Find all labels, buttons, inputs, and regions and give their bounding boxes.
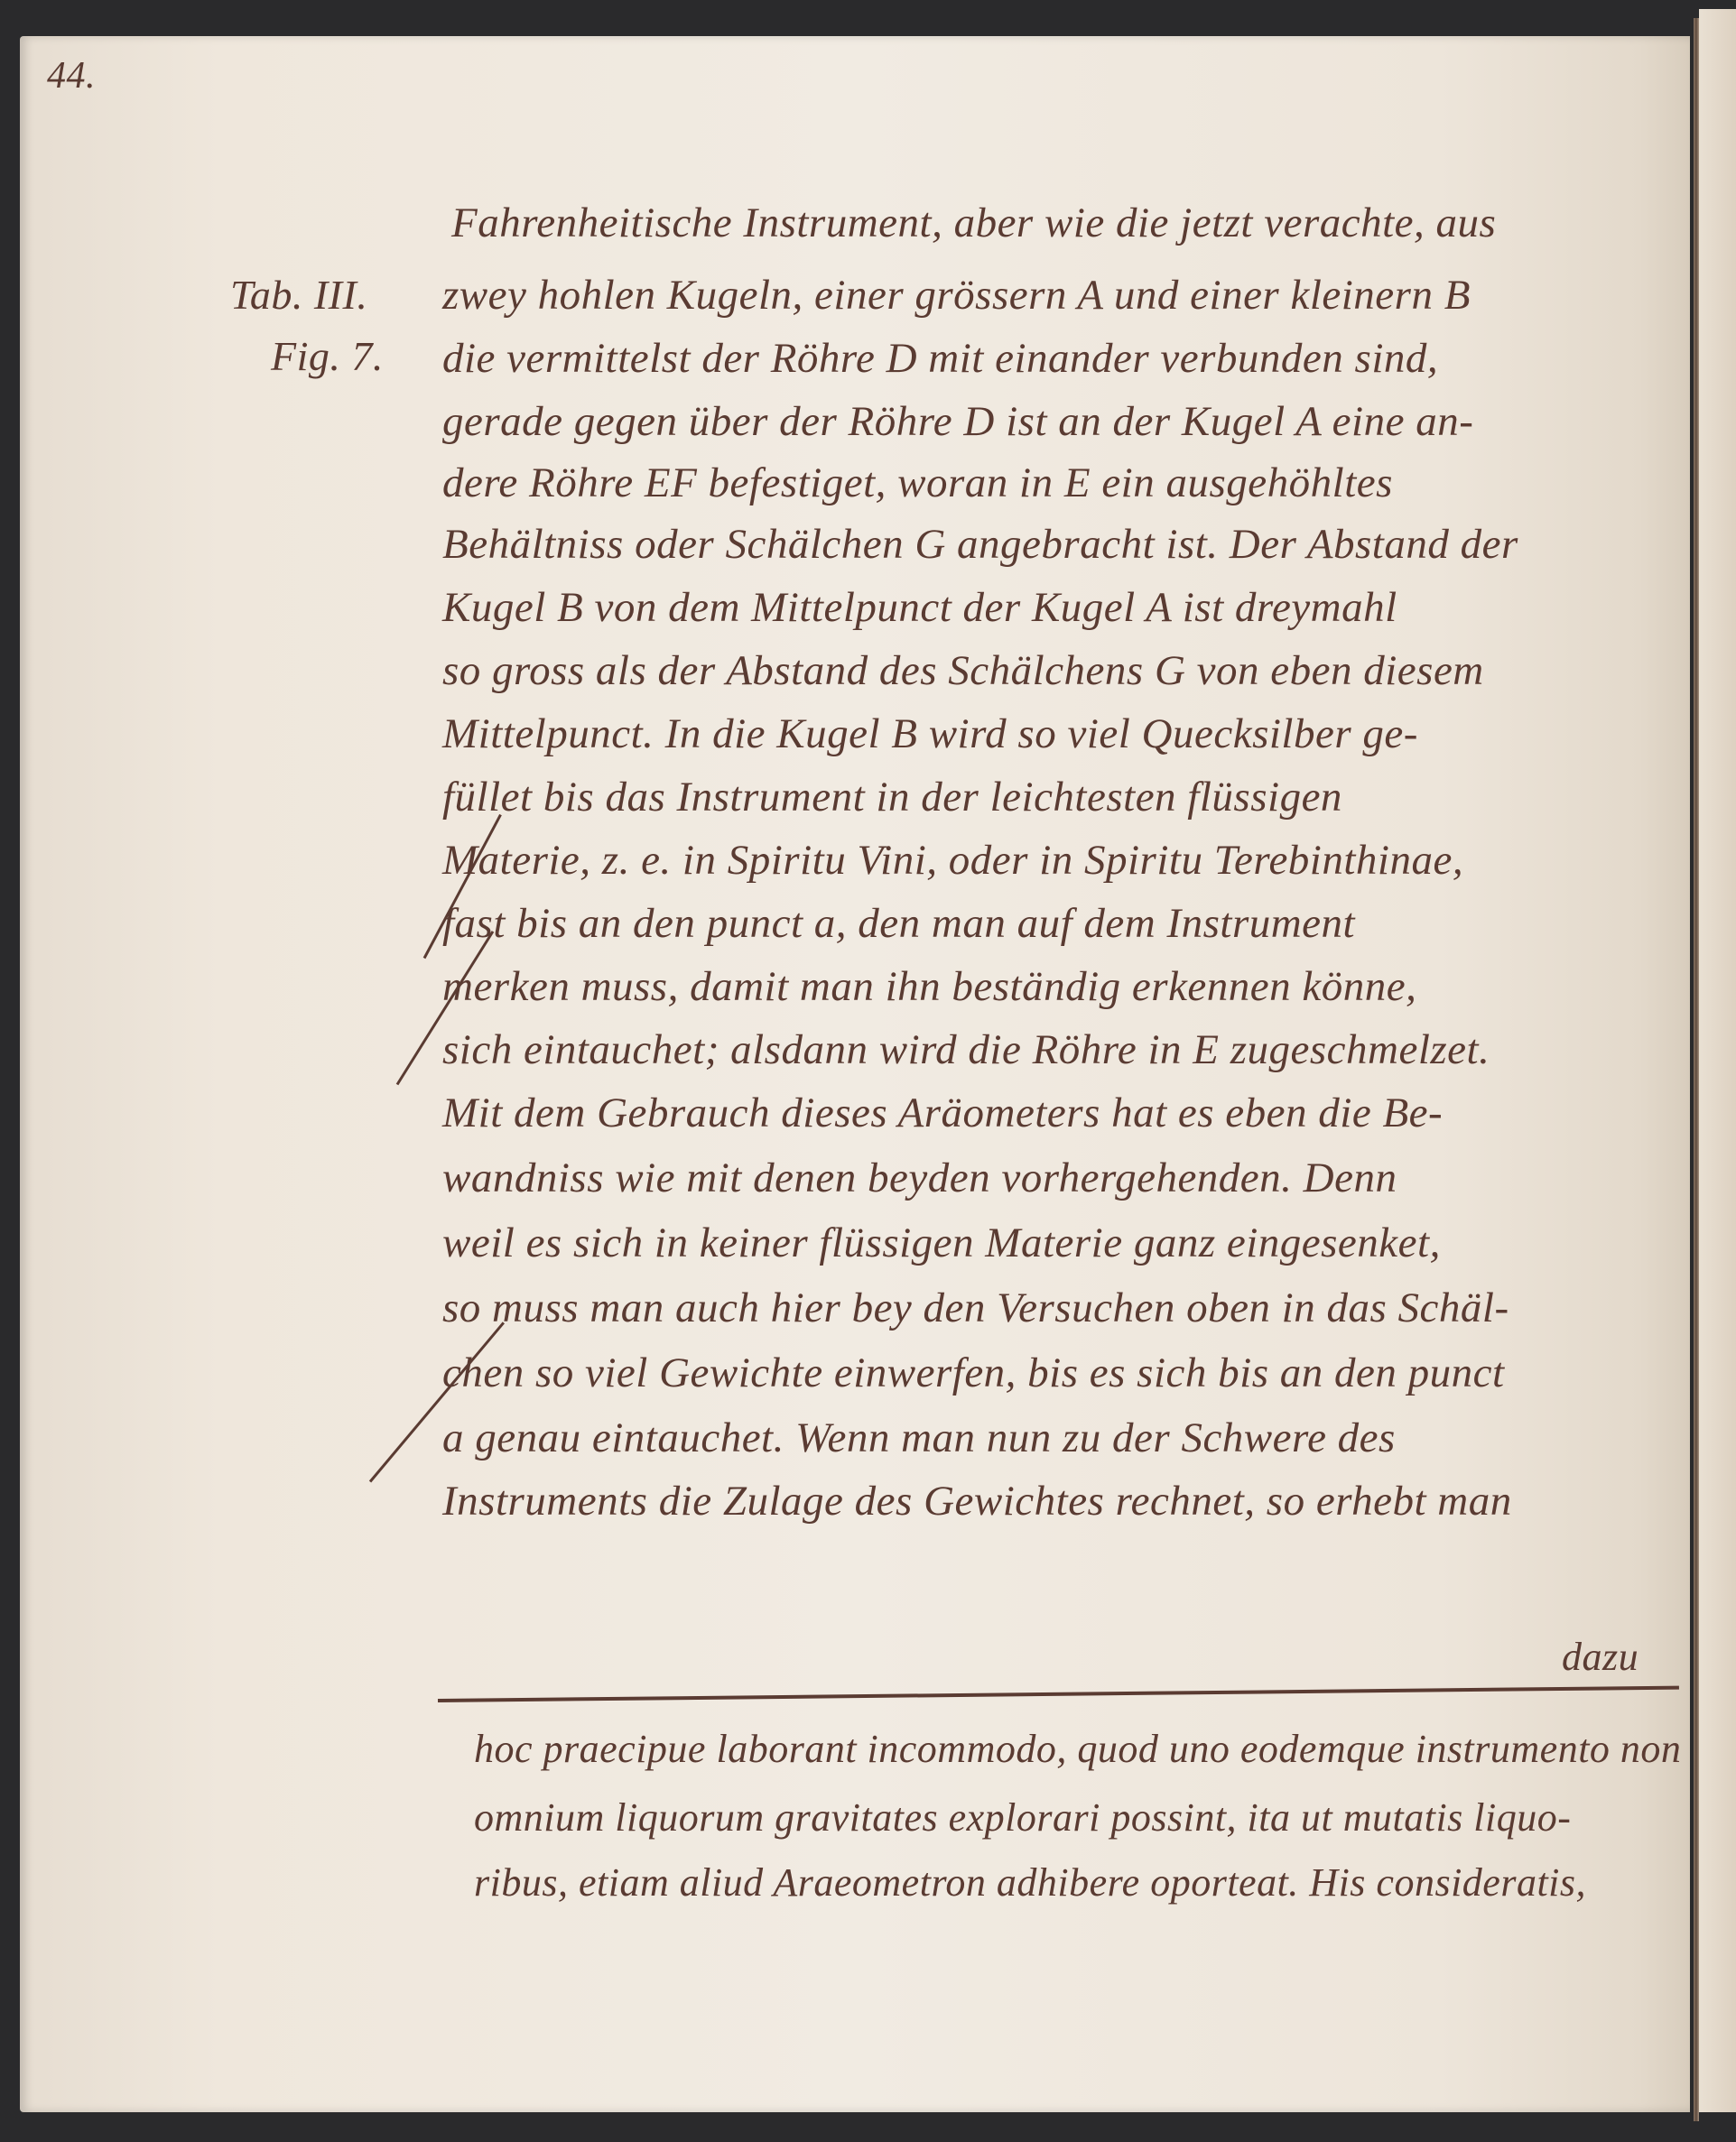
text-line: zwey hohlen Kugeln, einer grössern A und… (442, 271, 1471, 320)
text-line: Mittelpunct. In die Kugel B wird so viel… (442, 709, 1418, 758)
text-line: merken muss, damit man ihn beständig erk… (442, 962, 1416, 1011)
text-line: gerade gegen über der Röhre D ist an der… (442, 397, 1473, 446)
text-line: wandniss wie mit denen beyden vorhergehe… (442, 1154, 1397, 1202)
text-line: die vermittelst der Röhre D mit einander… (442, 334, 1438, 383)
catchword: dazu (1562, 1634, 1639, 1680)
text-line: Behältniss oder Schälchen G angebracht i… (442, 520, 1518, 569)
text-line: Mit dem Gebrauch dieses Aräometers hat e… (442, 1089, 1443, 1137)
text-line: so muss man auch hier bey den Versuchen … (442, 1284, 1509, 1332)
margin-note-figure: Fig. 7. (271, 332, 384, 380)
text-line: a genau eintauchet. Wenn man nun zu der … (442, 1414, 1396, 1462)
text-line: so gross als der Abstand des Schälchens … (442, 646, 1484, 695)
text-line: fast bis an den punct a, den man auf dem… (442, 899, 1355, 948)
footnote-line: hoc praecipue laborant incommodo, quod u… (474, 1726, 1681, 1772)
text-line: dere Röhre EF befestiget, woran in E ein… (442, 459, 1393, 507)
text-line: chen so viel Gewichte einwerfen, bis es … (442, 1349, 1505, 1397)
text-line: füllet bis das Instrument in der leichte… (442, 773, 1342, 821)
text-line: weil es sich in keiner flüssigen Materie… (442, 1219, 1441, 1267)
facing-page-edge (1699, 9, 1736, 2112)
footnote-line: ribus, etiam aliud Araeometron adhibere … (474, 1859, 1586, 1906)
margin-note-table: Tab. III. (230, 271, 367, 319)
page-number: 44. (47, 54, 96, 97)
footnote-line: omnium liquorum gravitates explorari pos… (474, 1794, 1571, 1841)
text-line: Kugel B von dem Mittelpunct der Kugel A … (442, 583, 1397, 632)
text-line: Instruments die Zulage des Gewichtes rec… (442, 1477, 1512, 1525)
text-line: sich eintauchet; alsdann wird die Röhre … (442, 1025, 1490, 1074)
text-line: Fahrenheitische Instrument, aber wie die… (451, 199, 1496, 247)
text-line: Materie, z. e. in Spiritu Vini, oder in … (442, 836, 1463, 885)
